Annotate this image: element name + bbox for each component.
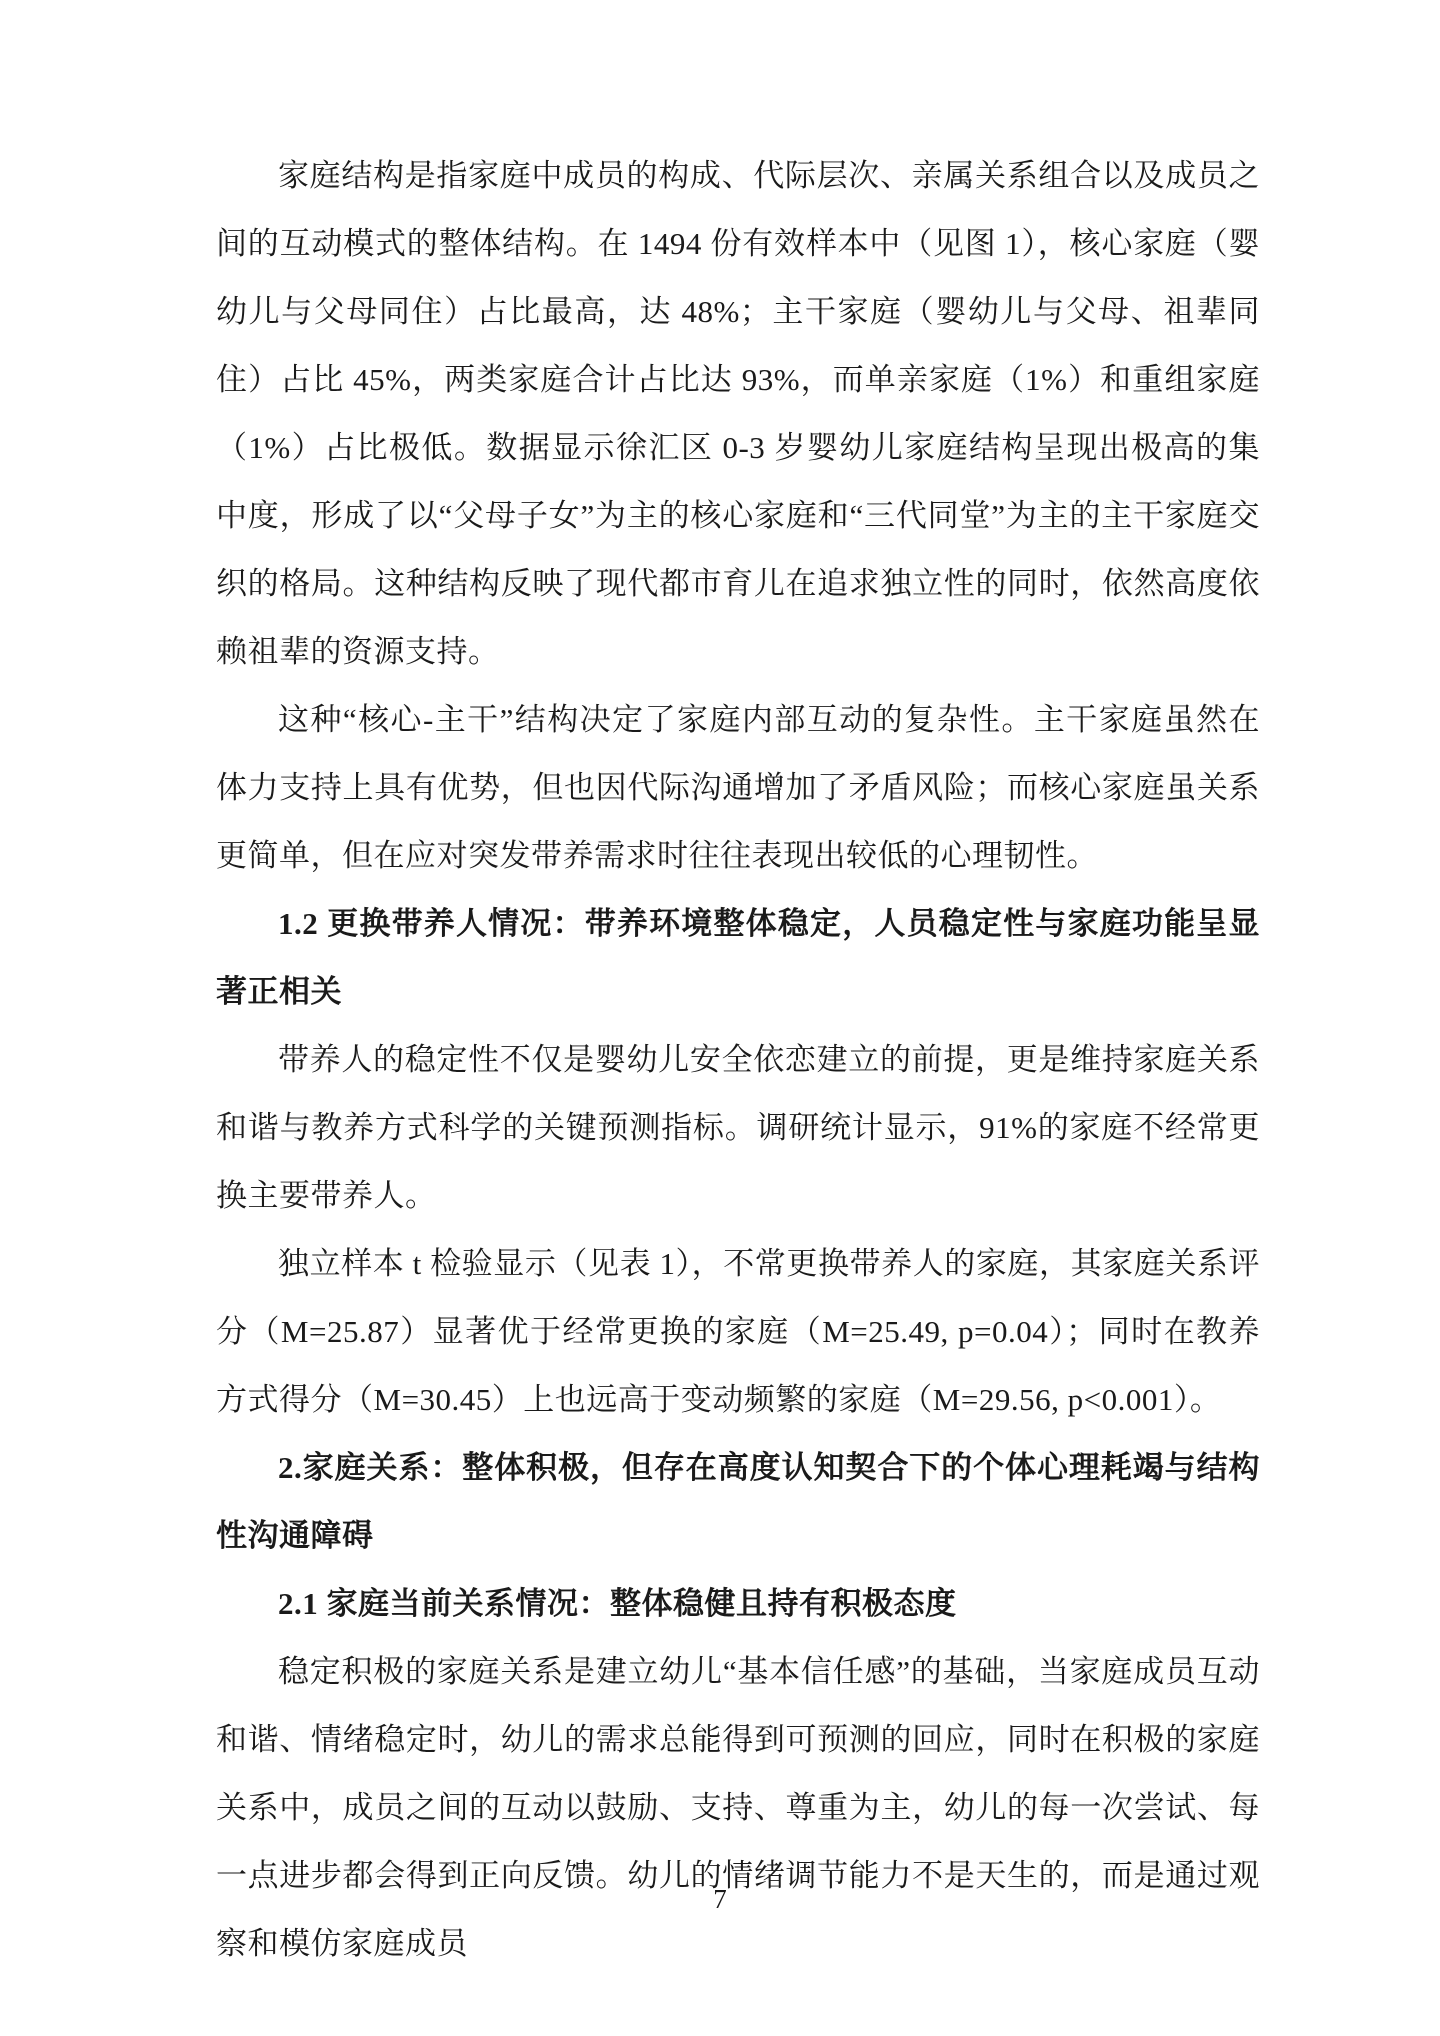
section-heading-2: 2.家庭关系：整体积极，但存在高度认知契合下的个体心理耗竭与结构性沟通障碍 <box>216 1434 1260 1570</box>
paragraph-t-test-results: 独立样本 t 检验显示（见表 1），不常更换带养人的家庭，其家庭关系评分（M=2… <box>216 1230 1260 1434</box>
paragraph-caregiver-stability: 带养人的稳定性不仅是婴幼儿安全依恋建立的前提，更是维持家庭关系和谐与教养方式科学… <box>216 1026 1260 1230</box>
page-body-text: 家庭结构是指家庭中成员的构成、代际层次、亲属关系组合以及成员之间的互动模式的整体… <box>216 142 1260 1978</box>
section-heading-2-1: 2.1 家庭当前关系情况：整体稳健且持有积极态度 <box>216 1570 1260 1638</box>
paragraph-family-relationship-basis: 稳定积极的家庭关系是建立幼儿“基本信任感”的基础，当家庭成员互动和谐、情绪稳定时… <box>216 1638 1260 1978</box>
section-heading-1-2: 1.2 更换带养人情况：带养环境整体稳定，人员稳定性与家庭功能呈显著正相关 <box>216 890 1260 1026</box>
page-number: 7 <box>0 1882 1440 1916</box>
document-page: 家庭结构是指家庭中成员的构成、代际层次、亲属关系组合以及成员之间的互动模式的整体… <box>0 0 1440 2036</box>
paragraph-family-structure: 家庭结构是指家庭中成员的构成、代际层次、亲属关系组合以及成员之间的互动模式的整体… <box>216 142 1260 686</box>
paragraph-core-trunk-complexity: 这种“核心-主干”结构决定了家庭内部互动的复杂性。主干家庭虽然在体力支持上具有优… <box>216 686 1260 890</box>
